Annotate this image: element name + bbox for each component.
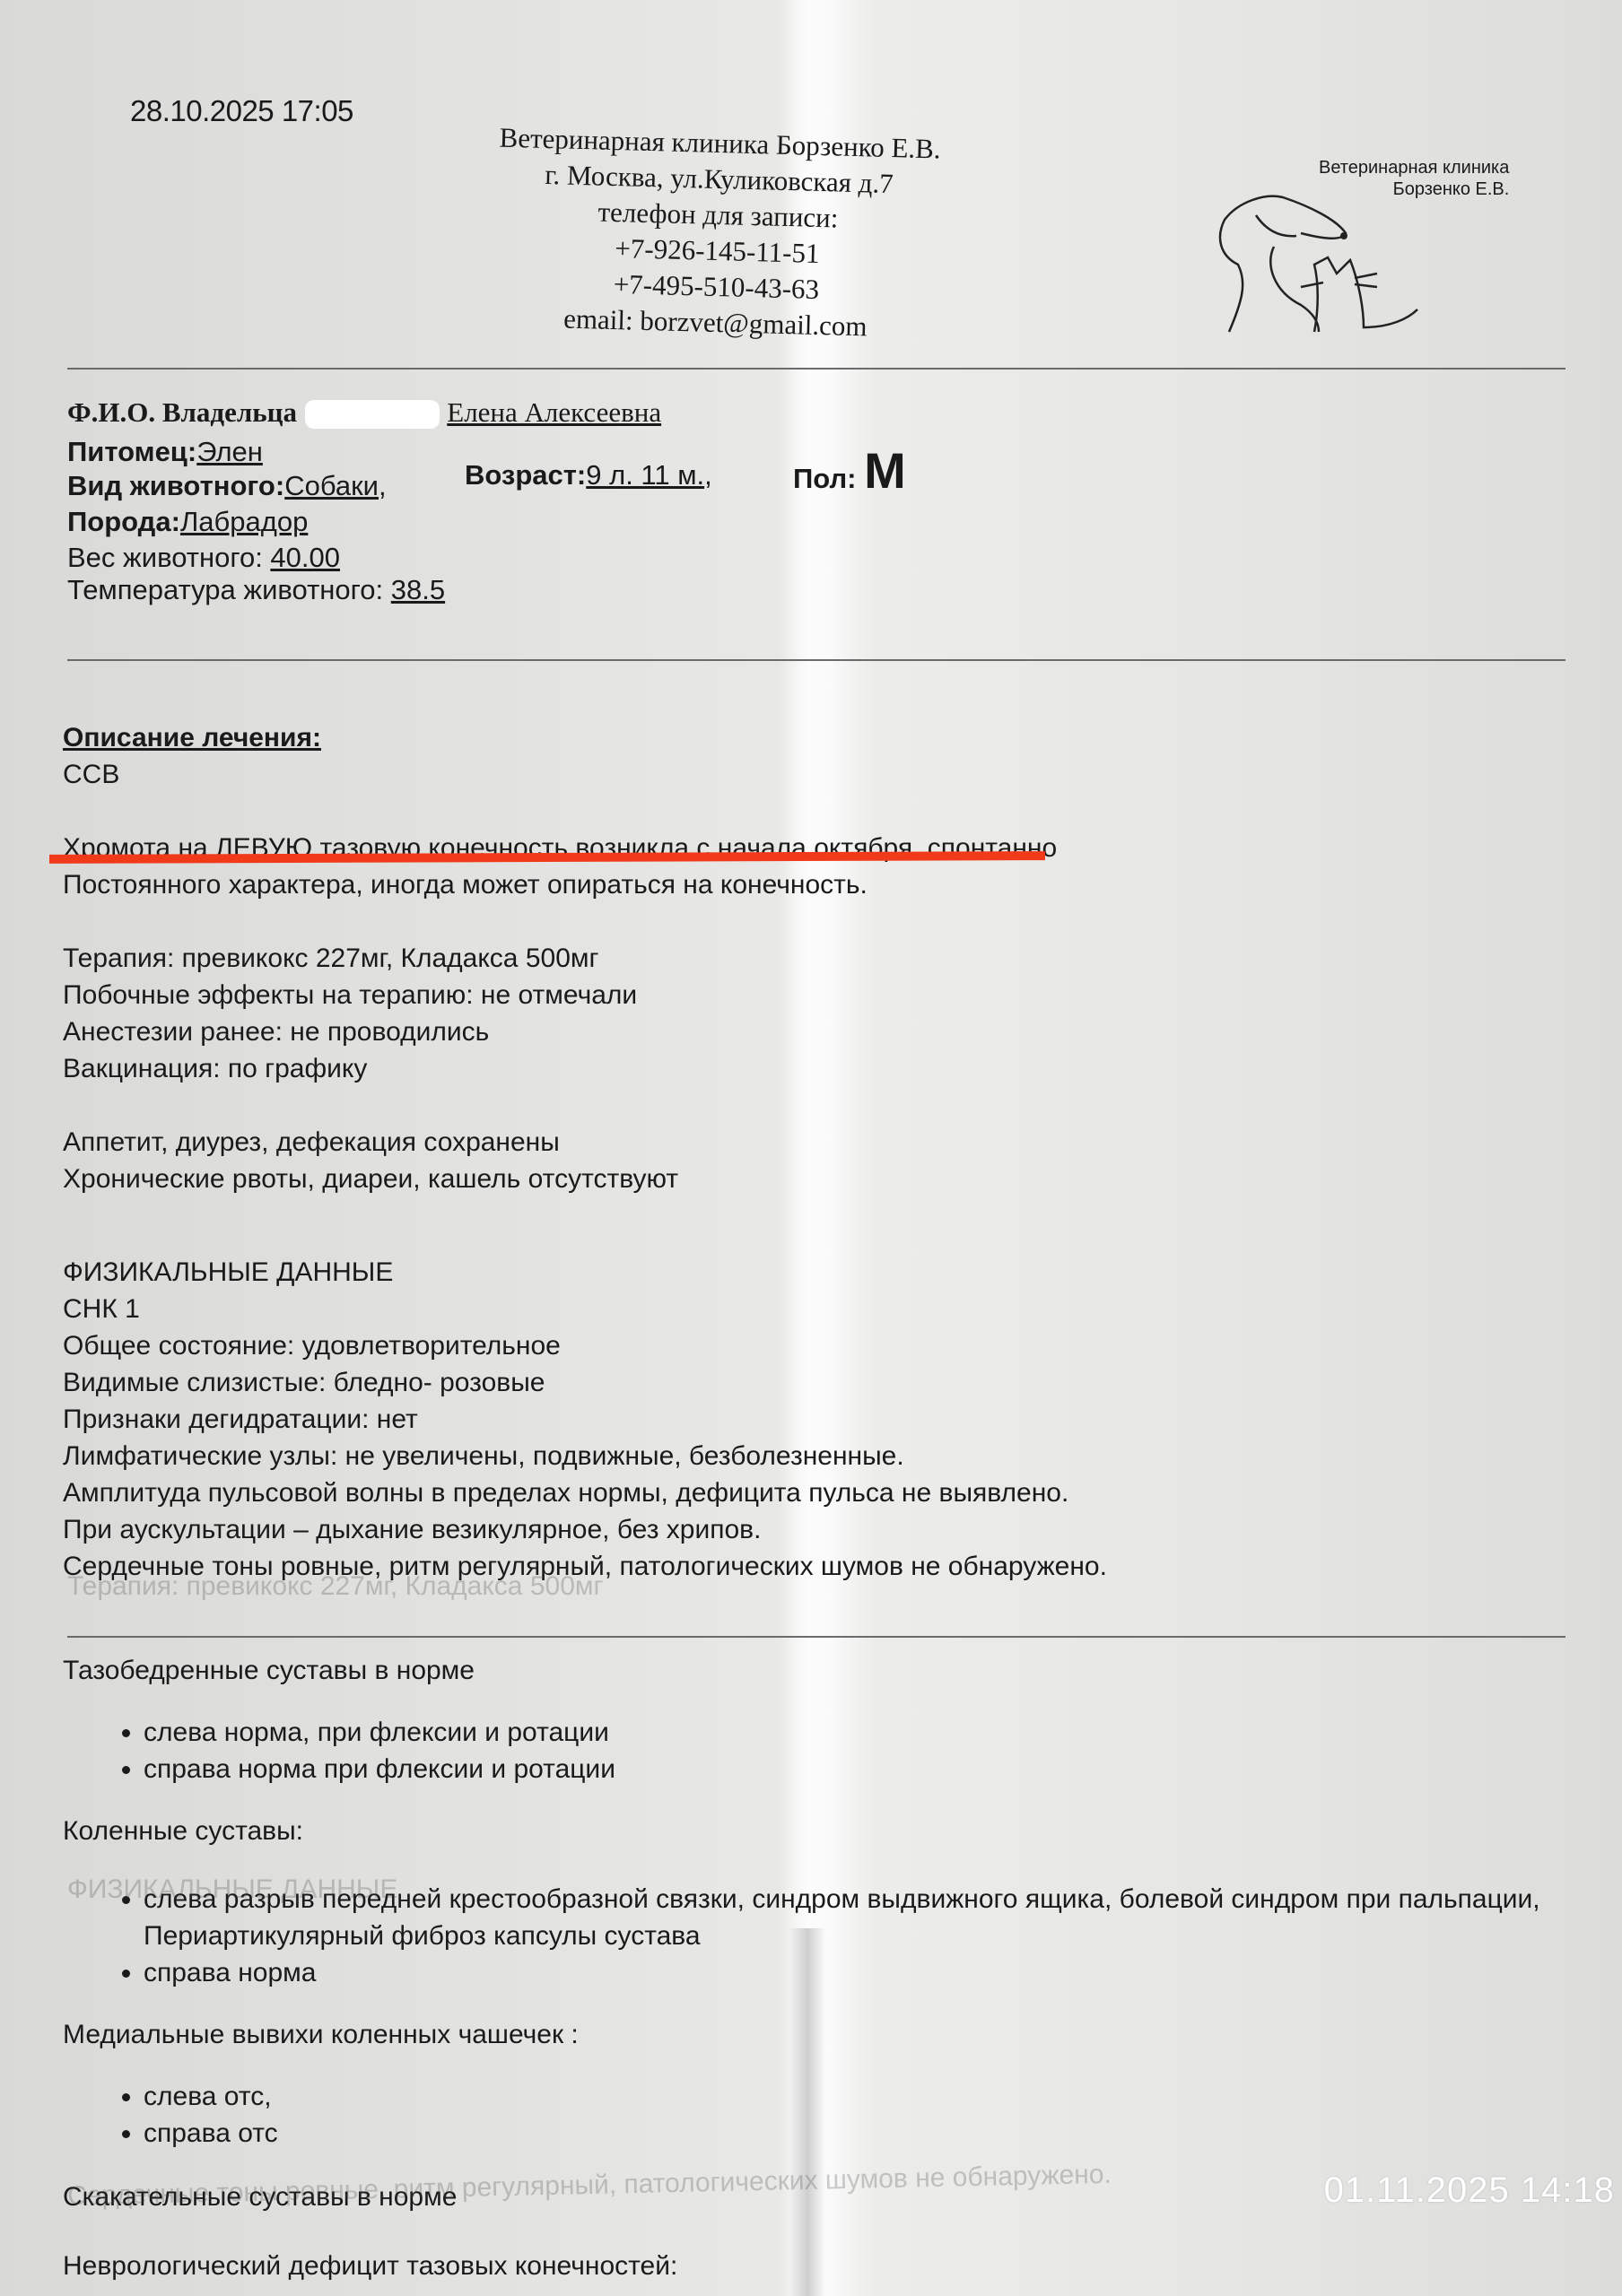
divider [67, 659, 1565, 661]
clinic-logo: Ветеринарная клиника Борзенко Е.В. [1211, 157, 1552, 336]
sex-label: Пол: [793, 463, 856, 494]
list-item: справа норма при флексии и ротации [144, 1751, 1570, 1787]
breed-label: Порода: [67, 506, 180, 537]
pet-value: Элен [196, 436, 263, 467]
owner-row: Ф.И.О. Владельца Елена Алексеевна [67, 395, 661, 430]
species-label: Вид животного: [67, 470, 284, 501]
bleed-through-text: ФИЗИКАЛЬНЫЕ ДАННЫЕ [67, 1874, 397, 1905]
treatment-section: Описание лечения: ССВ Хромота на ЛЕВУЮ т… [63, 719, 1057, 1197]
anesthesia: Анестезии ранее: не проводились [63, 1013, 1057, 1050]
breed-row: Порода:Лабрадор [67, 504, 308, 540]
species-value: Собаки [284, 470, 379, 501]
weight-row: Вес животного: 40.00 [67, 540, 340, 576]
list-item: слева норма, при флексии и ротации [144, 1714, 1570, 1751]
owner-value: Елена Алексеевна [447, 396, 661, 428]
physical-line: Видимые слизистые: бледно- розовые [63, 1364, 1107, 1401]
redaction [305, 400, 440, 429]
physical-line: При аускультации – дыхание везикулярное,… [63, 1511, 1107, 1548]
clinic-header: Ветеринарная клиника Борзенко Е.В. г. Мо… [464, 119, 972, 348]
physical-line: Признаки дегидратации: нет [63, 1401, 1107, 1438]
physical-line: Амплитуда пульсовой волны в пределах нор… [63, 1474, 1107, 1511]
therapy: Терапия: превикокс 227мг, Кладакса 500мг [63, 940, 1057, 977]
physical-line: Общее состояние: удовлетворительное [63, 1327, 1107, 1364]
divider [67, 1636, 1565, 1638]
hips-list: слева норма, при флексии и ротации справ… [63, 1714, 1570, 1787]
side-effects: Побочные эффекты на терапию: не отмечали [63, 977, 1057, 1013]
age-value: 9 л. 11 м. [586, 459, 704, 491]
printed-datetime: 28.10.2025 17:05 [130, 94, 353, 128]
sex-value: М [864, 442, 906, 499]
patella-heading: Медиальные вывихи коленных чашечек : [63, 2016, 1570, 2053]
age-row: Возраст:9 л. 11 м., [465, 457, 712, 493]
list-item: справа отс [144, 2115, 1570, 2152]
treatment-heading: Описание лечения: [63, 719, 1057, 756]
physical-line: Лимфатические узлы: не увеличены, подвиж… [63, 1438, 1107, 1474]
complaint-line-2: Постоянного характера, иногда может опир… [63, 866, 1057, 903]
bleed-through-text: Терапия: превикокс 227мг, Кладакса 500мг [67, 1571, 603, 1602]
neuro-line: Неврологический дефицит тазовых конечнос… [63, 2248, 1570, 2284]
hips-heading: Тазобедренные суставы в норме [63, 1652, 1570, 1689]
appetite: Аппетит, диурез, дефекация сохранены [63, 1124, 1057, 1161]
photo-timestamp: 01.11.2025 14:18 [1324, 2170, 1615, 2211]
weight-label: Вес животного: [67, 542, 270, 573]
breed-value: Лабрадор [180, 506, 308, 537]
temp-value: 38.5 [391, 574, 445, 605]
patella-list: слева отс, справа отс [63, 2078, 1570, 2152]
owner-label: Ф.И.О. Владельца [67, 396, 297, 428]
age-label: Возраст: [465, 459, 586, 491]
divider [67, 368, 1565, 370]
pet-row: Питомец:Элен [67, 434, 263, 470]
treatment-code: ССВ [63, 756, 1057, 793]
list-item: справа норма [144, 1954, 1570, 1991]
chronic: Хронические рвоты, диареи, кашель отсутс… [63, 1161, 1057, 1197]
temp-row: Температура животного: 38.5 [67, 572, 445, 608]
pet-label: Питомец: [67, 436, 196, 467]
physical-line: СНК 1 [63, 1291, 1107, 1327]
temp-label: Температура животного: [67, 574, 391, 605]
knees-heading: Коленные суставы: [63, 1813, 1570, 1849]
physical-section: ФИЗИКАЛЬНЫЕ ДАННЫЕ СНК 1 Общее состояние… [63, 1254, 1107, 1585]
list-item: слева отс, [144, 2078, 1570, 2115]
species-row: Вид животного:Собаки, [67, 468, 387, 504]
weight-value: 40.00 [270, 542, 340, 573]
dog-and-cat-icon [1211, 175, 1498, 345]
physical-heading: ФИЗИКАЛЬНЫЕ ДАННЫЕ [63, 1254, 1107, 1291]
sex-row: Пол: М [793, 453, 906, 497]
vaccination: Вакцинация: по графику [63, 1050, 1057, 1087]
